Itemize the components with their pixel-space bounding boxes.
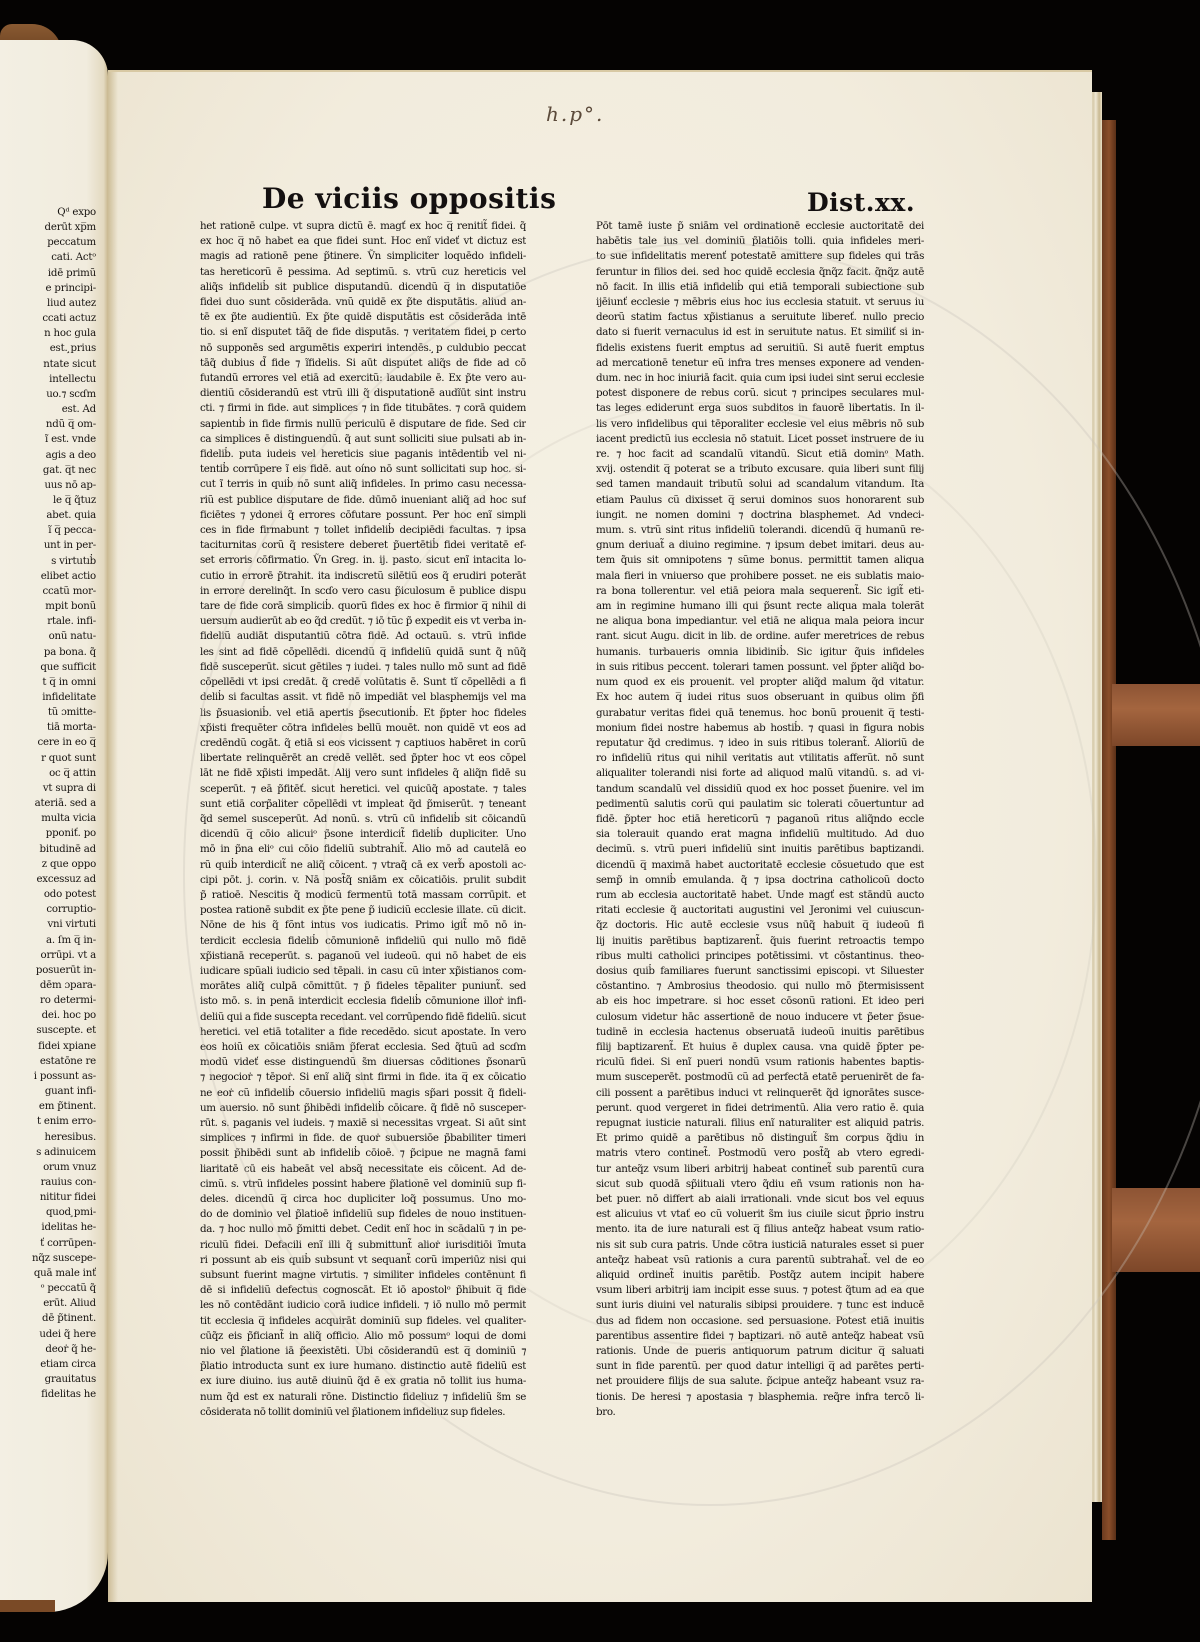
text-line: sceperūt. ⁊ eā p̃fitēť. sicut heretici. … [200,782,526,797]
text-line: ne aliqua bona impediantur. vel etiā ne … [596,614,924,629]
gutter-shadow [108,72,118,1602]
text-line: cōpellēdi vt ipsi credāt. q̃ credē volũ… [200,675,526,690]
text-line: gurabatur veritas fidei quā tenemus. hoc… [596,706,924,721]
text-line: set erroris cōfirmatio. Ṽn Greg. in. ij… [200,553,526,568]
text-line: rtale. infi- [0,614,96,629]
text-line: etiam circa [0,1357,96,1372]
text-line: monium fidei nostre habemus ab hostib̓. … [596,721,924,736]
text-line: n hoc gula [0,326,96,341]
text-line: udei q̃ here [0,1327,96,1342]
text-line: uo.⁊ scɗm [0,387,96,402]
text-line: ritati ecclesie q̃ auctoritati augustini… [596,903,924,918]
text-line: p̃latio introducta sunt ex iure humano. … [200,1359,526,1374]
leather-board-edge [1102,120,1116,1540]
text-line: dicendũ q̅ cōio alicuiᵒ p̃sone interdici… [200,827,526,842]
text-line: suscepte. et [0,1023,96,1038]
text-line: cere in eo q̅ [0,735,96,750]
text-line: deliũ qui a fide suscepta recedant. vel … [200,1010,526,1025]
text-line: orrūpi. vt a [0,948,96,963]
leather-binding-bottom-left [0,1600,55,1612]
text-line: abet. quia [0,508,96,523]
text-line: reputatur q̃d credimus. ⁊ ideo in suis r… [596,736,924,751]
text-line: in suis ritibus peccent. tolerari tamen … [596,660,924,675]
text-line: pedimentũ salutis corũ qui paulatim sic… [596,797,924,812]
text-line: cati. Actᵒ [0,250,96,265]
text-line: tio. si enĩ disputet tāq̃ de fide dispu… [200,325,526,340]
text-line: dei. hoc po [0,1008,96,1023]
text-line: modũ videť esse distinguendũ s̃m diuersa… [200,1055,526,1070]
text-line: tiā morta- [0,720,96,735]
text-line: les sint ad fidē cōpellēdi. dicendũ q̅ i… [200,645,526,660]
text-line: nis sit sub cura patris. Unde cōtra iust… [596,1238,924,1253]
text-line: mum susceperēt. postmodũ cũ ad perfectā … [596,1070,924,1085]
text-line: que sufficit [0,660,96,675]
text-line: aliquid ordinet̃ inuitis parētib̓. Postq… [596,1268,924,1283]
text-line: magis ad rationē pene p̃tinere. Ṽn simp… [200,249,526,264]
text-line: rũ quib̓ interdicit̃ ne aliq̃ cōicent. ⁊… [200,858,526,873]
text-line: ijēiunť ecclesie ⁊ mēbris eius hoc ius e… [596,295,924,310]
text-line: multa vicia [0,811,96,826]
text-line: fidelis existens fuerit emptus ad seruit… [596,341,924,356]
text-line: credēndũ cogāt. q̃ etiā si eos vicissent… [200,736,526,751]
text-line: possit p̃hibēdi sunt ab infidelib̓ cōioē… [200,1146,526,1161]
text-line: cut ĩ terris in quib̓ nō sunt aliq̃ inf… [200,477,526,492]
text-line: parentibus assentire fidei ⁊ baptizari. … [596,1329,924,1344]
text-line: culosum videtur hāc assertionē de nouo i… [596,1010,924,1025]
text-line: Ex hoc autem q̅ iudei ritus suos obserua… [596,690,924,705]
text-line: pa bona. q̃ [0,645,96,660]
text-line: ab eis hoc impetrare. si hoc esset cōson… [596,994,924,1009]
text-line: grauitatus [0,1372,96,1387]
text-line: etiam Paulus cũ dixisset q̅ serui domino… [596,493,924,508]
text-line: dē si infideliũ defectus cognoscāt. Et i… [200,1283,526,1298]
text-line: ficiētes ⁊ ydonei q̃ errores cōfutare po… [200,508,526,523]
text-line: les nō contēdānt iudicio corā iudice inf… [200,1298,526,1313]
text-line: odo potest [0,887,96,902]
text-line: ra bona tollerentur. vel etiā peiora mal… [596,584,924,599]
text-line: quod ̧pmi- [0,1205,96,1220]
text-line: nio vel p̃latione iā p̃eexistēti. Ubi cō… [200,1344,526,1359]
text-line: tandum scandalũ vel dissidiũ quod ex hoc… [596,782,924,797]
text-line: tāq̃ dubius d̃ fide ⁊ ĩfidelis. Si aūt … [200,356,526,371]
text-line: dum. nec in hoc iniuriā facit. quia cum … [596,371,924,386]
text-line: riculũ fidei. Defacili enĩ illi q̃ subm… [200,1238,526,1253]
text-line: tas leges ediderunt erga suos subditos i… [596,401,924,416]
text-line: dientiũ cōsiderandũ est vtrũ illi q̃ dis… [200,386,526,401]
text-line: ateriā. sed a [0,796,96,811]
text-line: do de dominio vel p̃latioē infideliũ sup… [200,1207,526,1222]
text-line: nō supponēs sed argumētis experiri inten… [200,341,526,356]
text-line: lāt ne fidē xp̃isti impedāt. Alij vero s… [200,766,526,781]
text-line: matris vtero continet̃. Postmodũ vero po… [596,1146,924,1161]
text-line: cūq̃z eis p̃ficiant̃ in aliq̃ officio. A… [200,1329,526,1344]
text-line: fidē susceperūt. sicut gētiles ⁊ iudei. … [200,660,526,675]
text-line: q̃d semel susceperūt. Ad nonũ. s. vtrũ c… [200,812,526,827]
text-line: vni virtuti [0,917,96,932]
text-line: xvij. ostendit q̅ poterat se a tributo e… [596,462,924,477]
text-line: aliq̃s infidelib̓ sit publice disputandũ… [200,280,526,295]
text-line: delib̓ si facultas assit. vt fidē nō imp… [200,690,526,705]
text-line: da. ⁊ hoc nullo mō p̃mitti debet. Cedit … [200,1222,526,1237]
text-line: p̃ ratioē. Nescitis q̃ modicũ fermentũ t… [200,888,526,903]
text-line: dato si fuerit vernaculus id est in seru… [596,325,924,340]
text-line: dē p̃tinent. [0,1311,96,1326]
left-page-text-column: Qᵈ expoderūt xp̅mpeccatumcati. Actᵒidē p… [0,205,96,1402]
text-line: dicendũ q̅ maximā habet auctoritatē eccl… [596,858,924,873]
text-line: quā male inť [0,1266,96,1281]
text-line: rum ab ecclesia auctoritatē habet. Unde … [596,888,924,903]
text-line: mpit bonũ [0,599,96,614]
text-line: ces in fide firmabunt ⁊ tollet infidelib… [200,523,526,538]
text-line: orum vnuz [0,1160,96,1175]
text-line: em p̃tinent. [0,1099,96,1114]
text-line: rant. sicut Augu. dicit in lib. de ordin… [596,629,924,644]
text-line: s adinuicem [0,1145,96,1160]
text-line: um auersio. nō sunt p̃hibēdi infidelib̓ … [200,1101,526,1116]
text-line: cti. ⁊ firmi in fide. aut simplices ⁊ in… [200,401,526,416]
text-line: bet puer. nō differt ab aiali irrational… [596,1192,924,1207]
text-line: excessuz ad [0,872,96,887]
text-line: Qᵈ expo [0,205,96,220]
text-line: tudinē in ecclesia hactenus obseruatā iu… [596,1025,924,1040]
text-line: sunt iuris diuini vel naturalis sibipsi … [596,1298,924,1313]
text-line: estatōne re [0,1054,96,1069]
text-line: vsum liberi arbitrij iam incipit esse su… [596,1283,924,1298]
text-line: ndũ q̅ om- [0,417,96,432]
text-line: ca simplices ē distinguendũ. q̃ aut sunt… [200,432,526,447]
text-line: liaritatē cū eis habeāt vel absq̃ necess… [200,1162,526,1177]
text-line: filij baptizarent̃. Et huius ē duplex ca… [596,1040,924,1055]
text-line: mento. ita de iure naturali est q̅ filiu… [596,1222,924,1237]
text-line: riculũ fidei. Si enĩ pueri nondũ vsum … [596,1055,924,1070]
text-line: deoṙ q̃ he- [0,1342,96,1357]
text-line: simplices ⁊ infirmi in fide. de quoṙ sub… [200,1131,526,1146]
text-line: fidelib̓. puta iudeis vel hereticis siue… [200,447,526,462]
text-line: derūt xp̅m [0,220,96,235]
text-line: semp̃ in omnib̓ emulanda. q̃ ⁊ ipsa doct… [596,873,924,888]
text-line: ntate sicut [0,357,96,372]
text-line: bitudinē ad [0,842,96,857]
text-line: iacent predictũ ius ecclesia nō statuit.… [596,432,924,447]
text-line: tare de fide corā simplicib̓. quorũ fide… [200,599,526,614]
text-line: gnum deriuat̃ a diuino regimine. ⁊ ipsum… [596,538,924,553]
text-line: a. ſm q̅ in- [0,933,96,948]
text-line: xp̃isti frequēter cōtra infideles bellũ … [200,721,526,736]
text-line: uersum audierūt ab eo q̃d credũt. ⁊ iō … [200,614,526,629]
text-line: het rationē culpe. vt supra dictũ ē. mag… [200,219,526,234]
text-line: fideliũ audiāt disputantiũ cōtra fidē. A… [200,629,526,644]
text-column-right: Pōt tamē iuste p̃ sniām vel ordinationē … [596,219,924,1420]
text-line: heretici. vel etiā totaliter a fide rece… [200,1025,526,1040]
text-line: repugnat iusticie naturali. filius enĩ … [596,1116,924,1131]
text-line: est. Ad [0,402,96,417]
text-line: ri possunt ab eis quib̓ subsunt vt sequa… [200,1253,526,1268]
text-line: ccati actuz [0,311,96,326]
text-line: anteq̃z habeat vsũ rationis a cura pare… [596,1253,924,1268]
text-line: eos hoiũ ex cōicatiōis sniām p̃ferat ecc… [200,1040,526,1055]
text-line: le q̅ q̃tuz [0,493,96,508]
text-line: riũ est publice disputare de fide. dūmō … [200,493,526,508]
text-line: xp̃istianā receperūt. s. paganoũ vel iud… [200,949,526,964]
text-line: oc q̅ attin [0,766,96,781]
text-line: fidē. p̃pter hoc etiā hereticorũ ⁊ pagan… [596,812,924,827]
text-line: i possunt as- [0,1069,96,1084]
text-line: est. ̧prius [0,341,96,356]
text-line: elibet actio [0,569,96,584]
text-line: num quod ex eis prouenit. vel propter al… [596,675,924,690]
text-line: idelitas he- [0,1220,96,1235]
text-line: iudicare spũali iudicio sed tēpali. in c… [200,964,526,979]
text-line: uus nō ap- [0,478,96,493]
text-line: aliqualiter tolerandi nisi forte ad aliq… [596,766,924,781]
text-line: futandũ errores vel etiā ad exercitũ: la… [200,371,526,386]
text-line: z que oppo [0,857,96,872]
text-line: erūt. Aliud [0,1296,96,1311]
text-line: cōstantino. ⁊ Ambrosius theodosio. qui n… [596,979,924,994]
text-line: cili possent a parētibus induci vt relin… [596,1086,924,1101]
text-line: sapientıb̓ in fide firmis nullũ periculũ… [200,417,526,432]
text-line: cutio in errorē p̃trahit. ita indiscretũ… [200,569,526,584]
text-line: fidei xpiane [0,1039,96,1054]
text-line: fidei duo sunt cōsiderāda. vnũ quidē ex … [200,295,526,310]
text-line: lis vero infidelibus qui tēporaliter ecc… [596,417,924,432]
text-line: deles. dicendũ q̅ circa hoc dupliciter l… [200,1192,526,1207]
text-line: sunt etiā corp̃aliter cōpellēdi vt imple… [200,797,526,812]
text-line: mō in p̃na eliᵒ cui cōio fideliũ subtrah… [200,842,526,857]
text-line: q̃z doctoris. Hic autē ecclesie vsus nūq… [596,918,924,933]
text-line: ť corrūpen- [0,1236,96,1251]
text-column-left: het rationē culpe. vt supra dictũ ē. mag… [200,219,526,1420]
text-line: sed tamen mandauit tributũ solui ad scan… [596,477,924,492]
text-line: in errore derelinq̃t. In scɗo vero casu … [200,584,526,599]
text-line: tũ ɔmitte- [0,705,96,720]
text-line: libertate relinquērēt an credē vellēt. s… [200,751,526,766]
text-line: isto mō. s. in penā interdicit ecclesia … [200,994,526,1009]
text-line: ĩ est. vnde [0,432,96,447]
text-line: tionis. De heresi ⁊ apostasia ⁊ blasphem… [596,1390,924,1405]
text-line: rūt. s. paganis vel iudeis. ⁊ maxiē si n… [200,1116,526,1131]
text-line: ᵒ peccatũ q̃ [0,1281,96,1296]
text-line: unt in per- [0,538,96,553]
left-page-fragment: Qᵈ expoderūt xp̅mpeccatumcati. Actᵒidē p… [0,40,108,1612]
main-page: h.p°. De viciis oppositis Dist.xx. het r… [108,70,1092,1602]
text-line: iungit. ne nomen domini ⁊ doctrina blasp… [596,508,924,523]
text-line: ex iure diuino. ius autē diuinũ q̃d ē ex… [200,1374,526,1389]
text-line: dus ad fidem non occasione. sed persuasi… [596,1314,924,1329]
text-line: feruntur in filios dei. sed hoc quidē ec… [596,265,924,280]
text-line: tur anteq̃z vsum liberi arbitrij habeat … [596,1162,924,1177]
text-line: rauius con- [0,1175,96,1190]
text-line: bro. [596,1405,924,1420]
text-line: vt supra di [0,781,96,796]
text-line: to sue infidelitatis merenť potestatē am… [596,249,924,264]
text-line: terdicit ecclesia fidelib̓ cōmunionē inf… [200,934,526,949]
text-line: am in regimine humano illi qui p̃sunt re… [596,599,924,614]
text-line: dosius quib̓ familiares fuerunt sanctiss… [596,964,924,979]
text-line: ro infideliũ ritus qui nihil veritatis a… [596,751,924,766]
text-line: intellectu [0,372,96,387]
text-line: est alicuius vt vtať eo cũ voluerit s̃m … [596,1207,924,1222]
running-head-right: Dist.xx. [807,188,915,217]
text-line: liud autez [0,296,96,311]
text-line: sunt in fide parentũ. per quod datur int… [596,1359,924,1374]
text-line: gat. q̅t nec [0,463,96,478]
text-line: ribus multi catholici principes potētiss… [596,949,924,964]
text-line: tas hereticorũ ē pessima. Ad septimũ. s.… [200,265,526,280]
text-line: lis p̃suasionib̓. vel etiā apertis p̃sec… [200,706,526,721]
text-line: taciturnitas corũ q̃ resistere deberet p… [200,538,526,553]
text-line: ĩ q̅ pecca- [0,523,96,538]
text-line: sia tolerauit quando erat magna infideli… [596,827,924,842]
text-line: lij inuitis parētibus baptizarent̃. q̃ui… [596,934,924,949]
text-line: nō facit. In illis etiā infidelib̓ qui e… [596,280,924,295]
text-line: Pōt tamē iuste p̃ sniām vel ordinationē … [596,219,924,234]
text-line: dēm ɔpara- [0,978,96,993]
text-line: sicut sub quodā sp̃iituali vtero q̃diu e… [596,1177,924,1192]
text-line: potest disponere de rebus corũ. sicut ⁊ … [596,386,924,401]
text-line: Nōne de his q̃ fõnt intus vos iudicatis… [200,918,526,933]
text-line: idē primũ [0,266,96,281]
text-line: tē ex p̃te audientiũ. Ex p̃te quidē disp… [200,310,526,325]
text-line: nititur fidei [0,1190,96,1205]
text-line: ex hoc q̅ nō habet ea que fidei sunt. Ho… [200,234,526,249]
manuscript-annotation: h.p°. [546,102,604,126]
text-line: morātes aliq̃ culpā cōmittūt. ⁊ p̃ fidel… [200,979,526,994]
text-line: rationis. Unde de pueris antiquorum patr… [596,1344,924,1359]
text-line: subsunt fuerint magne virtutis. ⁊ simili… [200,1268,526,1283]
text-line: postea rationē subdit ex p̃te pene p̃ iu… [200,903,526,918]
text-line: ad mercationē tenetur eũ infra tres mens… [596,356,924,371]
text-line: guant infi- [0,1084,96,1099]
text-line: r quot sunt [0,751,96,766]
running-head-left: De viciis oppositis [262,182,556,215]
text-line: s virtutıb̓ [0,554,96,569]
text-line: ⁊ negocioṙ ⁊ tēpoṙ. Si enĩ aliq̃ sint f… [200,1070,526,1085]
text-line: pponiť. po [0,826,96,841]
text-line: ne eoṙ cũ infidelib̓ cōuersio infideliũ … [200,1086,526,1101]
text-line: ccatũ mor- [0,584,96,599]
text-line: num q̃d est ex naturali rōne. Distinctio… [200,1390,526,1405]
text-line: decimũ. s. vtrũ pueri infideliũ sint inu… [596,842,924,857]
text-line: tem q̃uis sit omnipotens ⁊ sũme bonus. p… [596,553,924,568]
text-line: cōsiderata nō tollit dominiũ vel p̃latio… [200,1405,526,1420]
text-line: habētis tale ius vel dominiũ p̃latiōis t… [596,234,924,249]
text-line: perunt. quod vergeret in fidei detriment… [596,1101,924,1116]
text-line: mala fieri in vniuerso que prohibere pos… [596,569,924,584]
text-line: net prouidere filijs de sua salute. p̃ci… [596,1374,924,1389]
text-line: peccatum [0,235,96,250]
text-line: corruptio- [0,902,96,917]
leather-strap-lower [1112,1188,1200,1272]
text-line: humanis. turbaueris omnia libidinib̓. Si… [596,645,924,660]
text-line: mum. s. vtrũ sint ritus infideliũ tolera… [596,523,924,538]
text-line: ro determi- [0,993,96,1008]
text-line: t q̅ in omni [0,675,96,690]
text-line: cimũ. s. vtrũ infideles possint habere p… [200,1177,526,1192]
text-line: nq̃z suscepe- [0,1251,96,1266]
text-line: cipi pōt. j. corin. v. Nā post̃q̃ sniām … [200,873,526,888]
text-line: posuerūt in- [0,963,96,978]
text-line: onũ natu- [0,629,96,644]
text-line: fidelitas he [0,1387,96,1402]
text-line: re. ⁊ hoc facit ad scandalũ vitandũ. Sic… [596,447,924,462]
text-line: tit ecclesia q̅ infideles acquirāt domin… [200,1314,526,1329]
text-line: agis a deo [0,448,96,463]
text-line: heresibus. [0,1130,96,1145]
text-line: Et primo quidē a parētibus nō distinguit… [596,1131,924,1146]
text-line: tentib̓ corrūpere ĩ eis fidē. aut oíno … [200,462,526,477]
text-line: t enim erro- [0,1114,96,1129]
text-line: infidelitate [0,690,96,705]
text-line: e principi- [0,281,96,296]
text-line: deorũ statim factus xp̃istianus a seruit… [596,310,924,325]
leather-strap-upper [1112,684,1200,746]
